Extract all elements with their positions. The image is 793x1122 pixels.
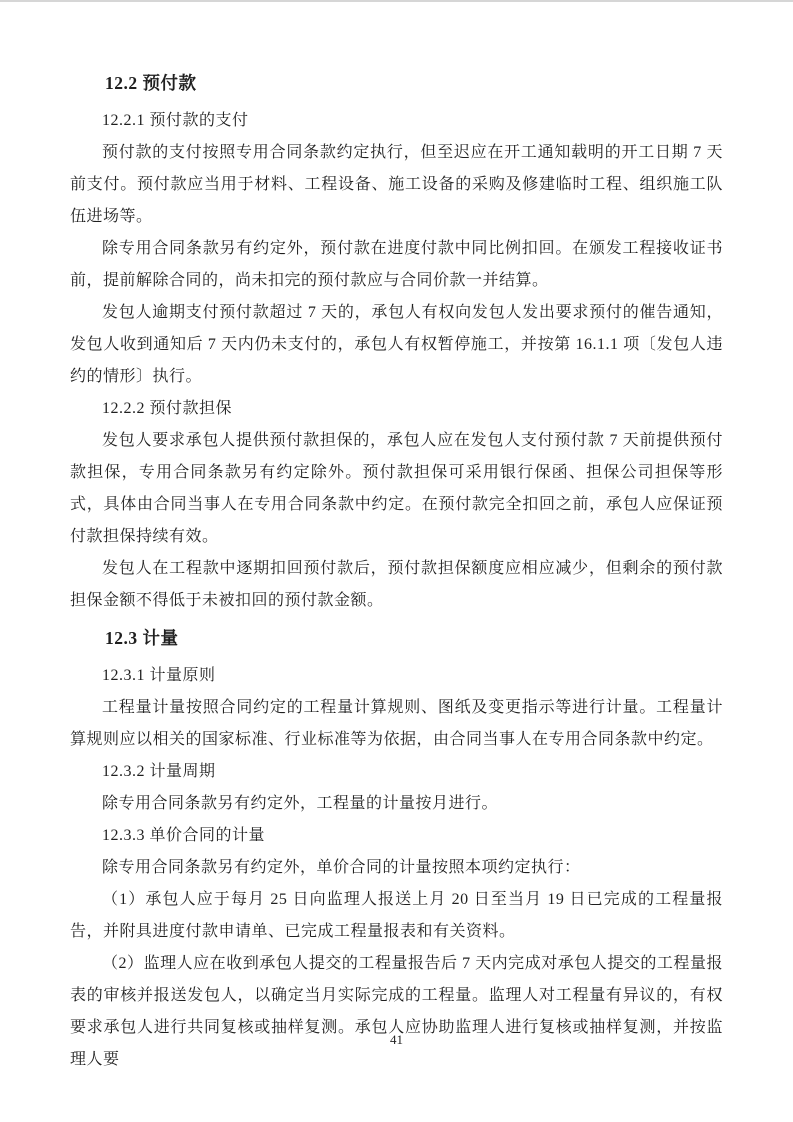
clause-heading-12-2-1: 12.2.1 预付款的支付 (70, 105, 723, 137)
body-paragraph: 发包人在工程款中逐期扣回预付款后，预付款担保额度应相应减少，但剩余的预付款担保金… (70, 553, 723, 617)
body-paragraph: 除专用合同条款另有约定外，工程量的计量按月进行。 (70, 788, 723, 820)
clause-heading-12-3-2: 12.3.2 计量周期 (70, 756, 723, 788)
body-paragraph-list-item-2: （2）监理人应在收到承包人提交的工程量报告后 7 天内完成对承包人提交的工程量报… (70, 948, 723, 1076)
section-heading-12-3-measurement: 12.3 计量 (70, 621, 723, 655)
body-paragraph-list-item-1: （1）承包人应于每月 25 日向监理人报送上月 20 日至当月 19 日已完成的… (70, 884, 723, 948)
body-paragraph: 发包人要求承包人提供预付款担保的，承包人应在发包人支付预付款 7 天前提供预付款… (70, 425, 723, 553)
page-top-edge-line (0, 0, 793, 2)
section-heading-12-2-advance-payment: 12.2 预付款 (70, 66, 723, 100)
page-number: 41 (390, 1032, 403, 1047)
body-paragraph: 发包人逾期支付预付款超过 7 天的，承包人有权向发包人发出要求预付的催告通知，发… (70, 297, 723, 393)
clause-heading-12-3-3: 12.3.3 单价合同的计量 (70, 820, 723, 852)
document-page: 12.2 预付款 12.2.1 预付款的支付 预付款的支付按照专用合同条款约定执… (0, 0, 793, 1122)
clause-heading-12-2-2: 12.2.2 预付款担保 (70, 393, 723, 425)
body-paragraph: 除专用合同条款另有约定外，预付款在进度付款中同比例扣回。在颁发工程接收证书前，提… (70, 233, 723, 297)
page-footer: 41 (0, 1030, 793, 1050)
clause-heading-12-3-1: 12.3.1 计量原则 (70, 660, 723, 692)
body-paragraph: 预付款的支付按照专用合同条款约定执行，但至迟应在开工通知载明的开工日期 7 天前… (70, 137, 723, 233)
contract-text-body: 12.2 预付款 12.2.1 预付款的支付 预付款的支付按照专用合同条款约定执… (70, 62, 723, 1076)
body-paragraph: 工程量计量按照合同约定的工程量计算规则、图纸及变更指示等进行计量。工程量计算规则… (70, 692, 723, 756)
body-paragraph: 除专用合同条款另有约定外，单价合同的计量按照本项约定执行： (70, 852, 723, 884)
